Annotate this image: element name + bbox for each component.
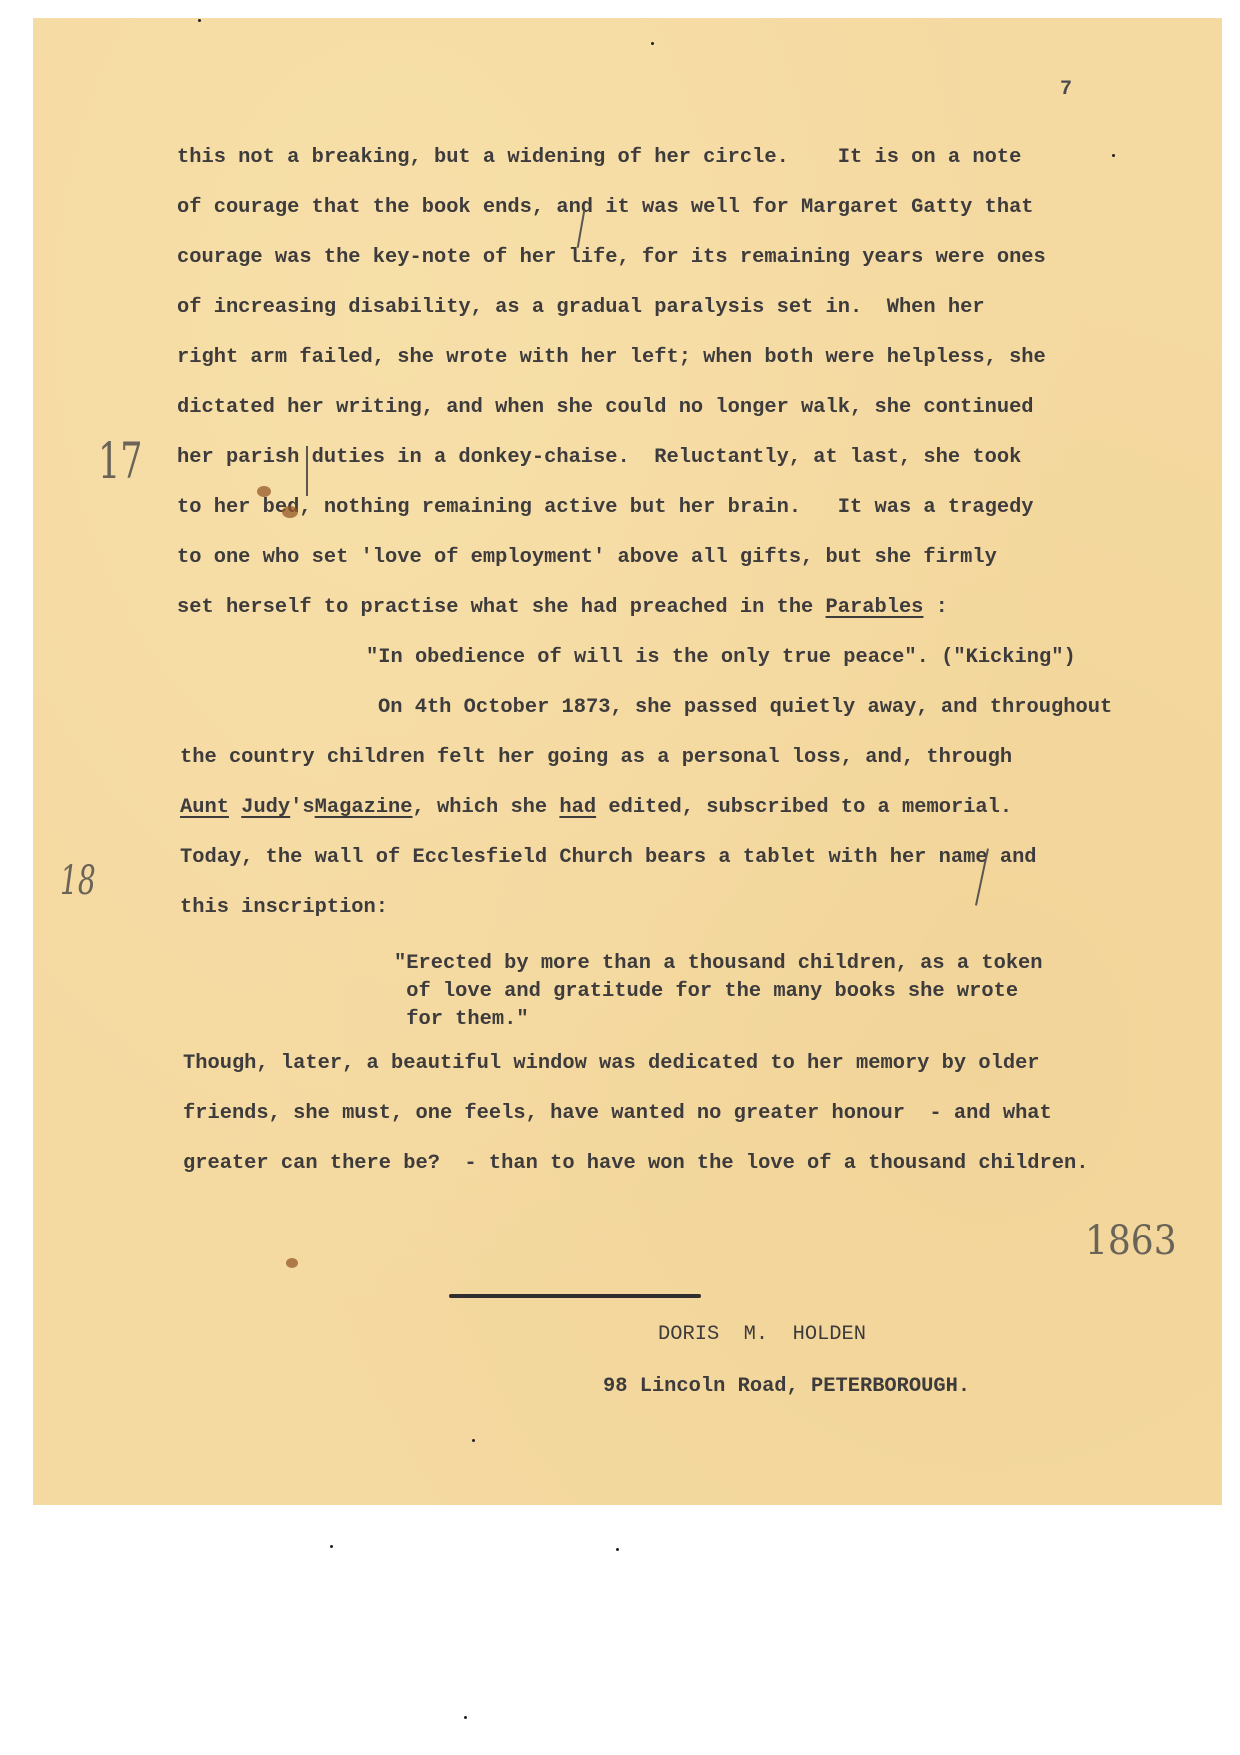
handwritten-margin-18: 18 [60, 858, 96, 904]
handwritten-year-note: 1863 [1085, 1218, 1177, 1264]
signature-name: DORIS M. HOLDEN [658, 1323, 866, 1346]
closing-line: greater can there be? - than to have won… [183, 1152, 1089, 1175]
parables-prefix: set herself to practise what she had pre… [177, 596, 826, 619]
handwritten-margin-17: 17 [98, 432, 143, 490]
tablet-line: this inscription: [180, 896, 388, 919]
body-line: her parish duties in a donkey-chaise. Re… [177, 446, 1021, 469]
signature-rule [449, 1294, 701, 1298]
speck [616, 1548, 619, 1551]
tablet-line: Today, the wall of Ecclesfield Church be… [180, 846, 1037, 869]
parables-line: set herself to practise what she had pre… [177, 596, 948, 619]
speck [330, 1545, 333, 1548]
magazine-title-aunt: Aunt [180, 796, 229, 819]
body-line: this not a breaking, but a widening of h… [177, 146, 1021, 169]
body-line: of increasing disability, as a gradual p… [177, 296, 985, 319]
speck [651, 42, 654, 45]
death-line: On 4th October 1873, she passed quietly … [378, 696, 1112, 719]
body-line: courage was the key-note of her life, fo… [177, 246, 1046, 269]
speck [464, 1716, 467, 1719]
ink-stain [257, 486, 271, 497]
magazine-had: had [559, 796, 596, 819]
body-line: of courage that the book ends, and it wa… [177, 196, 1034, 219]
pencil-stroke [306, 446, 308, 496]
speck [198, 19, 201, 22]
body-line: dictated her writing, and when she could… [177, 396, 1034, 419]
parables-quote: "In obedience of will is the only true p… [366, 646, 1076, 669]
magazine-line: Aunt Judy'sMagazine, which she had edite… [180, 796, 1012, 819]
speck [472, 1439, 475, 1442]
inscription-line: "Erected by more than a thousand childre… [394, 950, 1043, 978]
page-number: 7 [1060, 78, 1072, 101]
signature-address: 98 Lincoln Road, PETERBOROUGH. [603, 1375, 970, 1398]
body-line: right arm failed, she wrote with her lef… [177, 346, 1046, 369]
ink-stain [282, 506, 298, 518]
magazine-title-magazine: Magazine [315, 796, 413, 819]
parables-title: Parables [826, 596, 924, 619]
ink-stain [286, 1258, 298, 1268]
magazine-middle: , which she [413, 796, 560, 819]
body-line: to one who set 'love of employment' abov… [177, 546, 997, 569]
magazine-suffix: edited, subscribed to a memorial. [596, 796, 1012, 819]
speck [1112, 154, 1115, 157]
magazine-title-apostrophe: 's [290, 796, 314, 819]
death-line: the country children felt her going as a… [180, 746, 1012, 769]
body-line: to her bed, nothing remaining active but… [177, 496, 1034, 519]
inscription-line: for them." [394, 1006, 529, 1034]
closing-line: Though, later, a beautiful window was de… [183, 1052, 1040, 1075]
magazine-title-judy: Judy [241, 796, 290, 819]
closing-line: friends, she must, one feels, have wante… [183, 1102, 1052, 1125]
inscription-line: of love and gratitude for the many books… [394, 978, 1018, 1006]
parables-suffix: : [923, 596, 947, 619]
